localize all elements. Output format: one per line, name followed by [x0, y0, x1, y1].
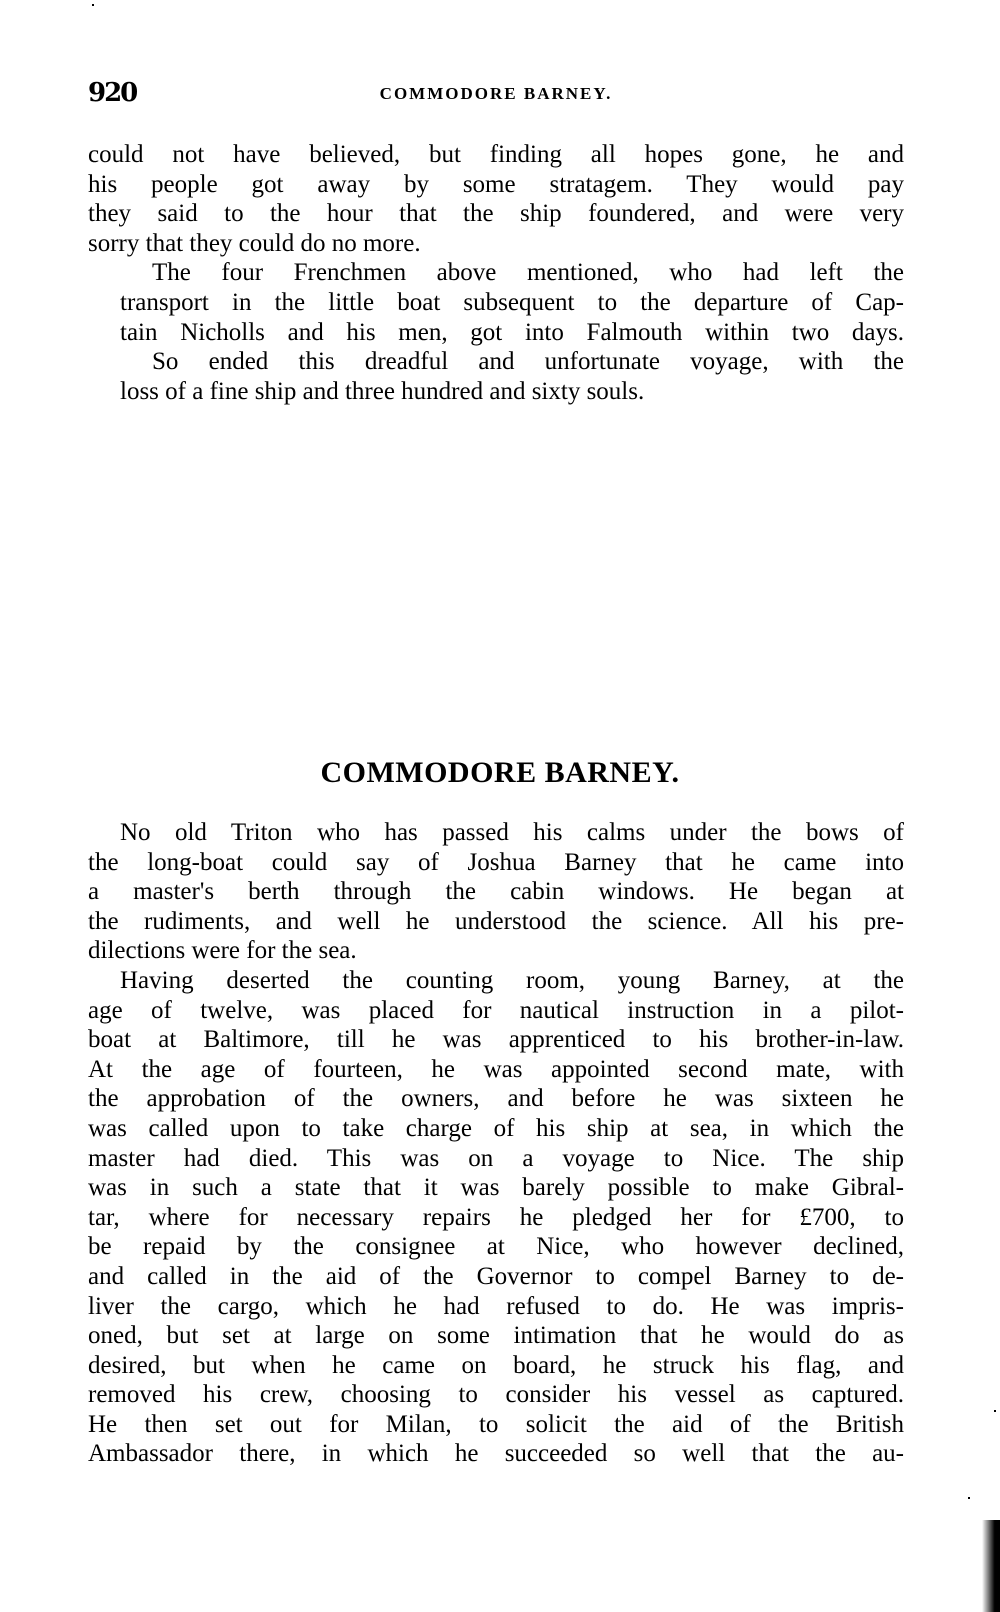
- section-heading: COMMODORE BARNEY.: [0, 756, 1000, 790]
- text-line: the approbation of the owners, and befor…: [88, 1084, 904, 1114]
- text-line: transport in the little boat subsequent …: [88, 288, 904, 318]
- text-line: dilections were for the sea.: [88, 936, 904, 966]
- paragraph: So ended this dreadful and unfortunate v…: [88, 347, 904, 406]
- text-line: his people got away by some stratagem. T…: [88, 170, 904, 200]
- text-line: and called in the aid of the Governor to…: [88, 1262, 904, 1292]
- text-line: boat at Baltimore, till he was apprentic…: [88, 1025, 904, 1055]
- text-line: age of twelve, was placed for nautical i…: [88, 996, 904, 1026]
- scan-artifact-edge: [982, 1520, 1000, 1612]
- running-title: COMMODORE BARNEY.: [88, 84, 904, 104]
- scan-artifact-dot: [968, 1497, 970, 1499]
- text-line: sorry that they could do no more.: [88, 229, 904, 259]
- text-line: a master's berth through the cabin windo…: [88, 877, 904, 907]
- text-line: master had died. This was on a voyage to…: [88, 1144, 904, 1174]
- previous-section-text: could not have believed, but finding all…: [88, 140, 904, 406]
- text-line: Having deserted the counting room, young…: [88, 966, 904, 996]
- text-line: Ambassador there, in which he succeeded …: [88, 1439, 904, 1469]
- text-line: tar, where for necessary repairs he pled…: [88, 1203, 904, 1233]
- text-line: the long-boat could say of Joshua Barney…: [88, 848, 904, 878]
- paragraph: could not have believed, but finding all…: [88, 140, 904, 258]
- text-line: tain Nicholls and his men, got into Falm…: [88, 318, 904, 348]
- text-line: At the age of fourteen, he was appointed…: [88, 1055, 904, 1085]
- scan-artifact-dot: [994, 1410, 996, 1412]
- paragraph: No old Triton who has passed his calms u…: [88, 818, 904, 966]
- paragraph: The four Frenchmen above mentioned, who …: [88, 258, 904, 347]
- text-line: No old Triton who has passed his calms u…: [88, 818, 904, 848]
- text-line: oned, but set at large on some intimatio…: [88, 1321, 904, 1351]
- text-line: they said to the hour that the ship foun…: [88, 199, 904, 229]
- text-line: He then set out for Milan, to solicit th…: [88, 1410, 904, 1440]
- text-line: could not have believed, but finding all…: [88, 140, 904, 170]
- scan-artifact-dot: [92, 4, 94, 6]
- text-line: loss of a fine ship and three hundred an…: [88, 377, 904, 407]
- text-line: liver the cargo, which he had refused to…: [88, 1292, 904, 1322]
- text-line: removed his crew, choosing to consider h…: [88, 1380, 904, 1410]
- paragraph: Having deserted the counting room, young…: [88, 966, 904, 1469]
- text-line: desired, but when he came on board, he s…: [88, 1351, 904, 1381]
- text-line: So ended this dreadful and unfortunate v…: [88, 347, 904, 377]
- text-line: the rudiments, and well he understood th…: [88, 907, 904, 937]
- text-line: be repaid by the consignee at Nice, who …: [88, 1232, 904, 1262]
- text-line: was called upon to take charge of his sh…: [88, 1114, 904, 1144]
- text-line: The four Frenchmen above mentioned, who …: [88, 258, 904, 288]
- running-head: 920 COMMODORE BARNEY.: [88, 78, 904, 108]
- book-page: 920 COMMODORE BARNEY. could not have bel…: [0, 0, 1000, 1612]
- section-body-text: No old Triton who has passed his calms u…: [88, 818, 904, 1469]
- text-line: was in such a state that it was barely p…: [88, 1173, 904, 1203]
